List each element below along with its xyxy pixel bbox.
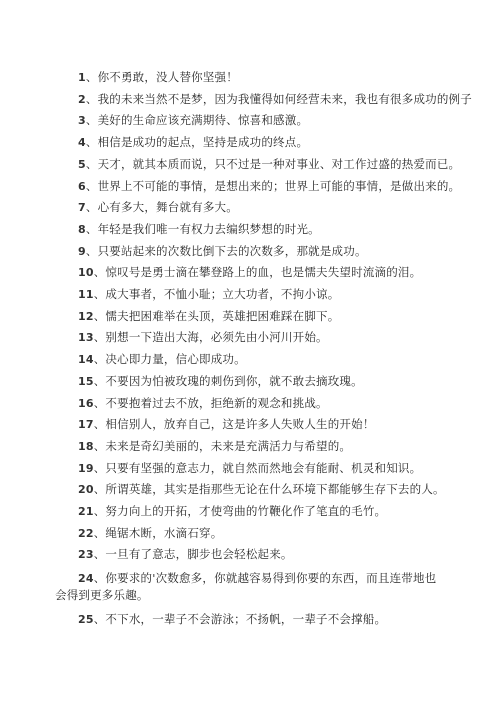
document-page: 1、你不勇敢，没人替你坚强！ 2、我的未来当然不是梦，因为我懂得如何经营未来，我… — [0, 0, 500, 707]
item-number: 10 — [78, 266, 94, 279]
list-item: 25、不下水，一辈子不会游泳；不扬帆，一辈子不会撑船。 — [55, 609, 445, 631]
item-number: 12 — [78, 310, 94, 323]
item-separator: 、 — [94, 547, 106, 561]
item-number: 24 — [78, 572, 94, 585]
item-separator: 、 — [94, 482, 106, 496]
item-number: 18 — [78, 440, 94, 453]
list-item: 19、只要有坚强的意志力，就自然而然地会有能耐、机灵和知识。 — [55, 458, 445, 480]
item-number: 2 — [78, 93, 86, 106]
item-text: 相信别人，放弃自己，这是许多人失败人生的开始！ — [105, 417, 374, 431]
item-separator: 、 — [94, 571, 106, 585]
list-item: 20、所谓英雄，其实是指那些无论在什么环境下都能够生存下去的人。 — [55, 479, 445, 501]
item-separator: 、 — [86, 70, 98, 84]
item-text: 只要有坚强的意志力，就自然而然地会有能耐、机灵和知识。 — [105, 461, 421, 475]
item-number: 5 — [78, 158, 86, 171]
item-number: 20 — [78, 483, 94, 496]
item-text: 相信是成功的起点，坚持是成功的终点。 — [98, 135, 309, 149]
list-item: 2、我的未来当然不是梦，因为我懂得如何经营未来，我也有很多成功的例子 — [55, 89, 445, 111]
item-text: 只要站起来的次数比倒下去的次数多，那就是成功。 — [98, 244, 367, 258]
item-number: 6 — [78, 180, 86, 193]
list-item: 13、别想一下造出大海，必须先由小河川开始。 — [55, 327, 445, 349]
item-text: 努力向上的开拓，才使弯曲的竹鞭化作了笔直的毛竹。 — [105, 504, 386, 518]
item-text: 我的未来当然不是梦，因为我懂得如何经营未来，我也有很多成功的例子 — [98, 92, 472, 106]
item-number: 13 — [78, 331, 94, 344]
item-separator: 、 — [94, 352, 106, 366]
list-item: 18、未来是奇幻美丽的，未来是充满活力与希望的。 — [55, 436, 445, 458]
item-text: 决心即力量，信心即成功。 — [105, 352, 245, 366]
item-text: 未来是奇幻美丽的，未来是充满活力与希望的。 — [105, 439, 351, 453]
list-item: 11、成大事者，不恤小耻；立大功者，不拘小谅。 — [55, 284, 445, 306]
item-separator: 、 — [86, 244, 98, 258]
item-separator: 、 — [94, 265, 106, 279]
item-separator: 、 — [94, 612, 106, 626]
item-number: 11 — [78, 288, 94, 301]
item-number: 25 — [78, 613, 94, 626]
item-separator: 、 — [94, 504, 106, 518]
item-separator: 、 — [94, 439, 106, 453]
item-text: 不要抱着过去不放，拒绝新的观念和挑战。 — [105, 396, 327, 410]
list-item: 9、只要站起来的次数比倒下去的次数多，那就是成功。 — [55, 241, 445, 263]
item-number: 4 — [78, 136, 86, 149]
list-item: 5、天才，就其本质而说，只不过是一种对事业、对工作过盛的热爱而已。 — [55, 154, 445, 176]
list-item: 6、世界上不可能的事情，是想出来的；世界上可能的事情，是做出来的。 — [55, 176, 445, 198]
item-separator: 、 — [86, 92, 98, 106]
list-item: 7、心有多大，舞台就有多大。 — [55, 197, 445, 219]
item-number: 14 — [78, 353, 94, 366]
item-number: 7 — [78, 201, 86, 214]
item-separator: 、 — [86, 157, 98, 171]
item-number: 21 — [78, 505, 94, 518]
item-text: 所谓英雄，其实是指那些无论在什么环境下都能够生存下去的人。 — [105, 482, 444, 496]
list-item: 10、惊叹号是勇士滴在攀登路上的血，也是懦夫失望时流滴的泪。 — [55, 262, 445, 284]
quote-list: 1、你不勇敢，没人替你坚强！ 2、我的未来当然不是梦，因为我懂得如何经营未来，我… — [55, 67, 445, 631]
item-text: 年轻是我们唯一有权力去编织梦想的时光。 — [98, 222, 320, 236]
item-number: 17 — [78, 418, 94, 431]
item-text: 一旦有了意志，脚步也会轻松起来。 — [105, 547, 292, 561]
item-number: 15 — [78, 375, 94, 388]
list-item: 16、不要抱着过去不放，拒绝新的观念和挑战。 — [55, 393, 445, 415]
item-separator: 、 — [94, 374, 106, 388]
item-text: 天才，就其本质而说，只不过是一种对事业、对工作过盛的热爱而已。 — [98, 157, 461, 171]
item-number: 19 — [78, 462, 94, 475]
item-text: 不要因为怕被玫瑰的刺伤到你，就不敢去摘玫瑰。 — [105, 374, 362, 388]
item-text: 心有多大，舞台就有多大。 — [98, 200, 238, 214]
item-number: 3 — [78, 114, 86, 127]
item-text: 别想一下造出大海，必须先由小河川开始。 — [105, 330, 327, 344]
item-number: 22 — [78, 527, 94, 540]
item-number: 1 — [78, 71, 86, 84]
item-separator: 、 — [94, 330, 106, 344]
item-separator: 、 — [94, 417, 106, 431]
list-item: 22、绳锯木断，水滴石穿。 — [55, 523, 445, 545]
list-item: 21、努力向上的开拓，才使弯曲的竹鞭化作了笔直的毛竹。 — [55, 501, 445, 523]
item-number: 9 — [78, 245, 86, 258]
item-separator: 、 — [94, 309, 106, 323]
item-separator: 、 — [94, 396, 106, 410]
list-item: 12、懦夫把困难举在头顶，英雄把困难踩在脚下。 — [55, 306, 445, 328]
item-text: 你要求的'次数愈多，你就越容易得到你要的东西，而且连带地也会得到更多乐趣。 — [55, 571, 436, 602]
item-separator: 、 — [94, 526, 106, 540]
item-number: 8 — [78, 223, 86, 236]
item-text: 成大事者，不恤小耻；立大功者，不拘小谅。 — [105, 287, 339, 301]
list-item: 3、美好的生命应该充满期待、惊喜和感激。 — [55, 110, 445, 132]
list-item: 8、年轻是我们唯一有权力去编织梦想的时光。 — [55, 219, 445, 241]
list-item: 15、不要因为怕被玫瑰的刺伤到你，就不敢去摘玫瑰。 — [55, 371, 445, 393]
item-text: 绳锯木断，水滴石穿。 — [105, 526, 222, 540]
list-item: 4、相信是成功的起点，坚持是成功的终点。 — [55, 132, 445, 154]
item-separator: 、 — [86, 179, 98, 193]
item-text: 惊叹号是勇士滴在攀登路上的血，也是懦夫失望时流滴的泪。 — [105, 265, 421, 279]
item-number: 16 — [78, 397, 94, 410]
list-item: 24、你要求的'次数愈多，你就越容易得到你要的东西，而且连带地也会得到更多乐趣。 — [55, 570, 440, 604]
list-item: 1、你不勇敢，没人替你坚强！ — [55, 67, 445, 89]
item-text: 懦夫把困难举在头顶，英雄把困难踩在脚下。 — [105, 309, 339, 323]
item-separator: 、 — [86, 113, 98, 127]
item-separator: 、 — [86, 222, 98, 236]
item-separator: 、 — [86, 135, 98, 149]
item-text: 世界上不可能的事情，是想出来的；世界上可能的事情，是做出来的。 — [98, 179, 461, 193]
list-item: 14、决心即力量，信心即成功。 — [55, 349, 445, 371]
list-item: 23、一旦有了意志，脚步也会轻松起来。 — [55, 544, 445, 566]
item-separator: 、 — [94, 461, 106, 475]
item-text: 不下水，一辈子不会游泳；不扬帆，一辈子不会撑船。 — [105, 612, 386, 626]
list-item: 17、相信别人，放弃自己，这是许多人失败人生的开始！ — [55, 414, 445, 436]
item-text: 美好的生命应该充满期待、惊喜和感激。 — [98, 113, 309, 127]
item-separator: 、 — [86, 200, 98, 214]
item-number: 23 — [78, 548, 94, 561]
item-text: 你不勇敢，没人替你坚强！ — [98, 70, 238, 84]
item-separator: 、 — [94, 287, 106, 301]
